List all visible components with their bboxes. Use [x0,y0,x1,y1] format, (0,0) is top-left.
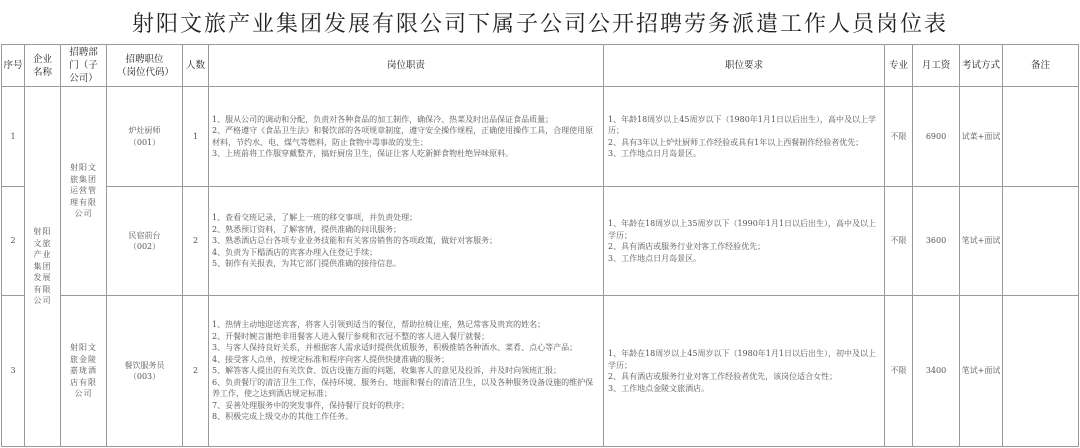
cell-duties: 1、查看交班记录，了解上一班的移交事项，并负责处理； 2、熟悉预订资料，了解客情… [209,187,604,296]
cell-seq: 2 [2,187,25,296]
cell-salary: 3600 [913,187,960,296]
cell-remarks [1003,187,1079,296]
cell-company: 射阳文旅产业集团发展有限公司 [25,87,61,447]
table-row: 3 射阳文旅金陵嘉珑酒店有限公司 餐饮服务员 （003） 2 1、热情主动地迎送… [2,296,1079,447]
cell-department: 射阳文旅金陵嘉珑酒店有限公司 [61,296,107,447]
cell-seq: 1 [2,87,25,187]
cell-count: 2 [183,187,209,296]
cell-salary: 6900 [913,87,960,187]
header-requirements: 职位要求 [604,45,885,87]
header-row: 序号 企业名称 招聘部门（子公司） 招聘职位（岗位代码） 人数 岗位职责 职位要… [2,45,1079,87]
header-salary: 月工资 [913,45,960,87]
header-exam: 考试方式 [960,45,1003,87]
cell-salary: 3400 [913,296,960,447]
cell-requirements: 1、年龄在18周岁以上45周岁以下（1980年1月1日以后出生），初中及以上学历… [604,296,885,447]
cell-position: 餐饮服务员 （003） [107,296,183,447]
cell-exam: 试菜+面试 [960,87,1003,187]
cell-seq: 3 [2,296,25,447]
cell-exam: 笔试+面试 [960,187,1003,296]
table-row: 2 民宿前台 （002） 2 1、查看交班记录，了解上一班的移交事项，并负责处理… [2,187,1079,296]
positions-table: 序号 企业名称 招聘部门（子公司） 招聘职位（岗位代码） 人数 岗位职责 职位要… [1,44,1079,447]
cell-remarks [1003,296,1079,447]
cell-count: 2 [183,296,209,447]
cell-requirements: 1、年龄18周岁以上45周岁以下（1980年1月1日以后出生），高中及以上学历；… [604,87,885,187]
header-seq: 序号 [2,45,25,87]
cell-exam: 笔试+面试 [960,296,1003,447]
header-company: 企业名称 [25,45,61,87]
cell-major: 不限 [885,296,913,447]
header-major: 专业 [885,45,913,87]
header-position: 招聘职位（岗位代码） [107,45,183,87]
header-count: 人数 [183,45,209,87]
cell-department: 射阳文旅集团运营管理有限公司 [61,87,107,296]
document-title: 射阳文旅产业集团发展有限公司下属子公司公开招聘劳务派遣工作人员岗位表 [0,0,1080,44]
cell-major: 不限 [885,187,913,296]
cell-position: 民宿前台 （002） [107,187,183,296]
cell-duties: 1、热情主动地迎送宾客，将客人引领到适当的餐位，帮助拉椅让座，熟记常客及贵宾的姓… [209,296,604,447]
cell-position: 炉灶厨师 （001） [107,87,183,187]
cell-major: 不限 [885,87,913,187]
cell-count: 1 [183,87,209,187]
header-remarks: 备注 [1003,45,1079,87]
cell-duties: 1、服从公司的调动和分配，负责对各种食品的加工制作，确保冷、热菜及时出品保证食品… [209,87,604,187]
header-duties: 岗位职责 [209,45,604,87]
cell-requirements: 1、年龄在18周岁以上35周岁以下（1990年1月1日以后出生），高中及以上学历… [604,187,885,296]
table-row: 1 射阳文旅产业集团发展有限公司 射阳文旅集团运营管理有限公司 炉灶厨师 （00… [2,87,1079,187]
header-department: 招聘部门（子公司） [61,45,107,87]
cell-remarks [1003,87,1079,187]
